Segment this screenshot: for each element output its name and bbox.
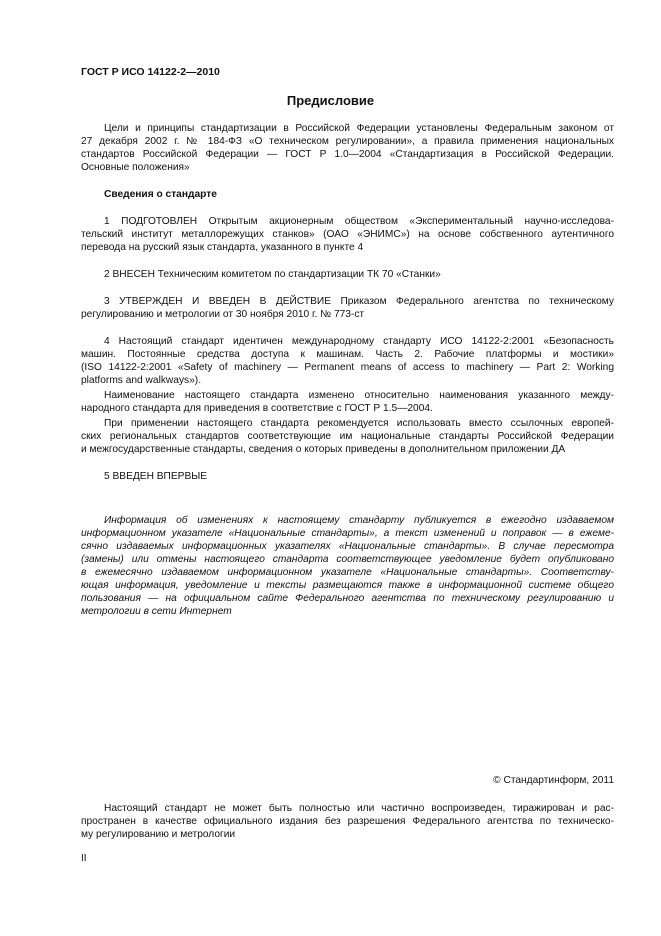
text-line: стандартов Российской Федерации — ГОСТ Р… xyxy=(81,148,614,161)
text-line: (ISO 14122-2:2001 «Safety of machinery —… xyxy=(81,361,614,374)
text-line: сячно издаваемых информационных указател… xyxy=(81,540,614,553)
text-line: ских региональных стандартов соответству… xyxy=(81,430,614,443)
text-line: народного стандарта для приведения в соо… xyxy=(81,402,614,415)
text-line: информационном указателе «Национальные с… xyxy=(81,527,614,540)
text-line: Основные положения» xyxy=(81,161,614,174)
section-heading: Сведения о стандарте xyxy=(104,188,614,201)
text-line: 2 ВНЕСЕН Техническим комитетом по станда… xyxy=(104,268,614,281)
text-line: Цели и принципы стандартизации в Российс… xyxy=(104,122,614,135)
text-line: регулированию и метрологии от 30 ноября … xyxy=(81,308,614,321)
text-line: пространен в качестве официального издан… xyxy=(81,815,614,828)
text-line: При применении настоящего стандарта реко… xyxy=(104,417,614,430)
text-line: метрологии в сети Интернет xyxy=(81,605,614,618)
text-line: Наименование настоящего стандарта измене… xyxy=(104,389,614,402)
page-title: Предисловие xyxy=(0,93,661,108)
text-line: ющая информация, уведомление и тексты ра… xyxy=(81,579,614,592)
text-line: тельский институт металлорежущих станков… xyxy=(81,228,614,241)
text-line: перевода на русский язык стандарта, указ… xyxy=(81,241,614,254)
text-line: platforms and walkways»). xyxy=(81,374,614,387)
copyright-notice: © Стандартинформ, 2011 xyxy=(493,775,614,786)
text-line: му регулированию и метрологии xyxy=(81,828,614,841)
text-line: в ежемесячно издаваемом информационном у… xyxy=(81,566,614,579)
text-line: 3 УТВЕРЖДЕН И ВВЕДЕН В ДЕЙСТВИЕ Приказом… xyxy=(104,295,614,308)
text-line: 27 декабря 2002 г. № 184-ФЗ «О техническ… xyxy=(81,135,614,148)
document-code-header: ГОСТ Р ИСО 14122-2—2010 xyxy=(81,66,220,78)
text-line: 4 Настоящий стандарт идентичен междунаро… xyxy=(104,335,614,348)
text-line: машин. Постоянные средства доступа к маш… xyxy=(81,348,614,361)
text-line: 5 ВВЕДЕН ВПЕРВЫЕ xyxy=(104,470,614,483)
text-line: пользования — на официальном сайте Федер… xyxy=(81,592,614,605)
text-line: (замены) или отмены настоящего стандарта… xyxy=(81,553,614,566)
text-line: и межгосударственные стандарты, сведения… xyxy=(81,443,614,456)
text-line: Информация об изменениях к настоящему ст… xyxy=(104,514,614,527)
text-line: 1 ПОДГОТОВЛЕН Открытым акционерным общес… xyxy=(104,215,614,228)
page-number: II xyxy=(81,853,87,864)
text-line: Настоящий стандарт не может быть полност… xyxy=(104,802,614,815)
